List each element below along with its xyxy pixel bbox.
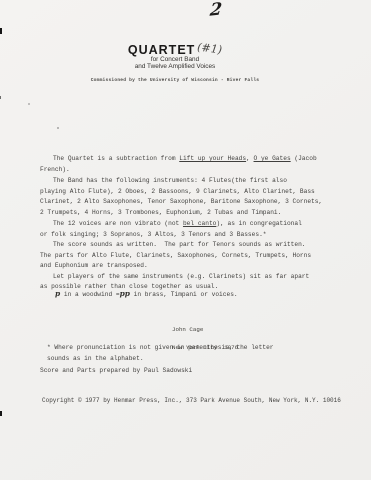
body-line: and Euphonium are transposed. (40, 262, 148, 269)
page-title: QUARTET (128, 43, 195, 57)
document-page: 2 QUARTET(#1) for Concert Band and Twelv… (0, 0, 371, 480)
body-line: Let players of the same instruments (e.g… (53, 273, 309, 280)
text-segment: ), as in congregational (216, 220, 301, 227)
handwritten-page-number: 2 (209, 0, 223, 21)
body-line: The Quartet is a subtraction from Lift u… (53, 155, 317, 162)
subtitle-line-2: and Twelve Amplified Voices (30, 64, 320, 71)
text-segment: (Jacob (291, 155, 317, 162)
body-line: The Band has the following instruments: … (53, 177, 287, 184)
body-line: playing Alto Flute), 2 Oboes, 2 Bassoons… (40, 188, 315, 195)
dynamic-pp-symbol: pp (120, 289, 130, 298)
footnote-line: sounds as in the alphabet. (47, 355, 144, 362)
scan-artifact (0, 411, 2, 416)
commission-line: Commissioned by the University of Wiscon… (30, 78, 320, 83)
text-segment: The 12 voices are non vibrato (not (53, 220, 183, 227)
scan-artifact (57, 127, 59, 129)
text-segment: in brass, Timpani or voices. (130, 291, 238, 298)
signature-block: John Cage New York City 1976 (172, 315, 238, 363)
credits-line: Score and Parts prepared by Paul Sadowsk… (40, 367, 192, 374)
handwritten-annotation: (#1) (197, 41, 223, 57)
body-line: 2 Trumpets, 4 Horns, 3 Trombones, Euphon… (40, 209, 281, 216)
text-segment: in a woodwind = (60, 291, 119, 298)
body-line: The score sounds as written. The part fo… (53, 241, 306, 248)
body-line: The parts for Alto Flute, Clarinets, Sax… (40, 252, 311, 259)
scan-artifact (28, 103, 30, 105)
underlined-work-title: O ye Gates (254, 155, 291, 162)
underlined-term: bel canto (183, 220, 216, 227)
footnote-line: * Where pronunciation is not given in pa… (47, 344, 274, 351)
body-line: Clarinet, 2 Alto Saxophones, Tenor Saxop… (40, 198, 322, 205)
scan-artifact (0, 96, 1, 99)
dynamics-line: p in a woodwind =pp in brass, Timpani or… (55, 290, 238, 298)
text-segment: , (246, 155, 253, 162)
underlined-work-title: Lift up your Heads (179, 155, 246, 162)
copyright-line: Copyright © 1977 by Henmar Press, Inc., … (42, 397, 341, 404)
author-name: John Cage (172, 327, 238, 333)
scan-artifact (0, 28, 2, 34)
body-line: or folk singing; 3 Sopranos, 3 Altos, 3 … (40, 231, 267, 238)
title-block: QUARTET(#1) for Concert Band and Twelve … (30, 44, 320, 83)
body-line: The 12 voices are non vibrato (not bel c… (53, 220, 302, 227)
body-line: French). (40, 166, 70, 173)
text-segment: The Quartet is a subtraction from (53, 155, 179, 162)
